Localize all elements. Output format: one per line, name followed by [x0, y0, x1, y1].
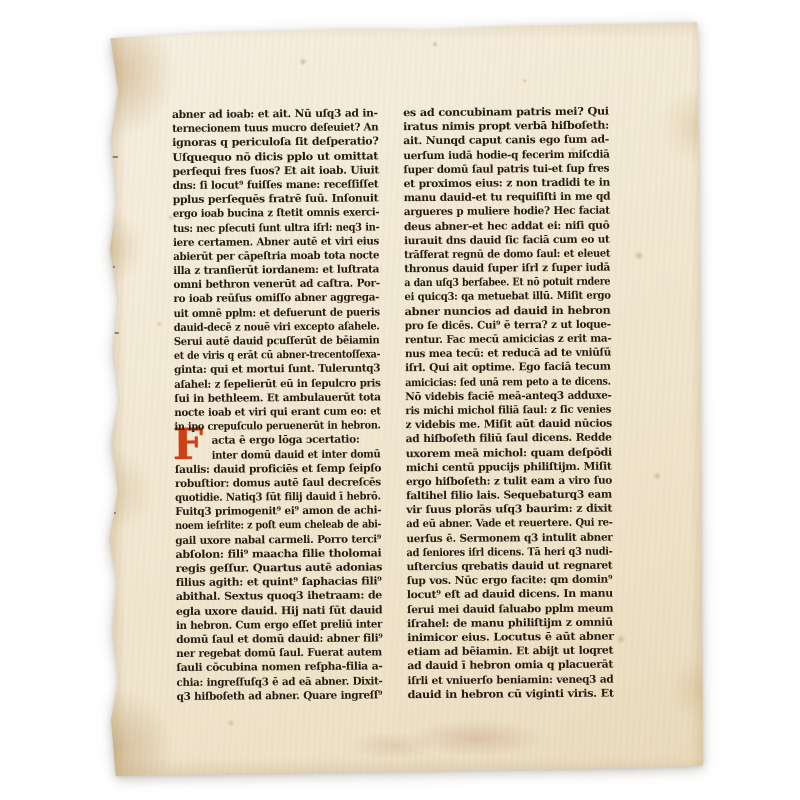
text-line: thronus dauid ſuper iſrl z ſuper iudā	[404, 261, 610, 277]
photo-backdrop: F abner ad ioab: et ait. Nū uſq3 ad in-t…	[0, 0, 800, 800]
text-line-content: inter domū dauid et inter domū	[212, 447, 381, 463]
manuscript-leaf: F abner ad ioab: et ait. Nū uſq3 ad in-t…	[105, 20, 705, 780]
text-line: inter domū dauid et inter domū	[212, 447, 381, 463]
text-line-content: dauid-decē z nouē viri excepto aſahele.	[174, 319, 380, 335]
edge-tear-mark	[105, 156, 118, 158]
text-column-left: F abner ad ioab: et ait. Nū uſq3 ad in-t…	[172, 106, 383, 708]
edge-tear-mark	[105, 662, 114, 664]
text-line-content: deus abner-et hec addat ei: niſi quō	[404, 218, 610, 234]
text-line-content: tus: nec pſecuti ſunt ultra iſrl: neq3 i…	[173, 220, 380, 236]
text-line-content: acta ē ergo lōga ɔcertatio:	[212, 433, 360, 448]
text-line: omni bethron venerūt ad caſtra. Por-	[173, 277, 379, 293]
text-line: iurauit dns dauid ſic faciā cum eo ut	[404, 232, 610, 248]
text-line: argueres p muliere hodie? Hec faciat	[404, 204, 610, 220]
text-line: illa z tranſierūt iordanem: et luſtrata	[173, 262, 379, 278]
text-line: dauid-decē z nouē viri excepto aſahele.	[174, 319, 380, 335]
text-line-content: amicicias: ſed unā rem peto a te dicens.	[405, 374, 611, 390]
text-line: manu dauid-et tu requiſiſti in me qd	[404, 190, 610, 206]
text-line-content: ro ioab reūſus omiſſo abner aggrega-	[173, 291, 379, 307]
text-line: dauid in hebron cū viginti viris. Et	[408, 686, 614, 702]
text-line: uit omnē pplm: et defuerunt de pueris	[174, 305, 380, 321]
text-line: a dan uſq3 berſabee. Et nō potuit rndere	[404, 275, 610, 291]
rubricated-initial: F	[173, 431, 209, 460]
paper-surface: F abner ad ioab: et ait. Nū uſq3 ad in-t…	[105, 20, 705, 780]
text-line: q3 hiſboſeth ad abner. Quare ingreſſ⁹	[177, 688, 383, 704]
edge-tear-mark	[105, 266, 115, 268]
text-line: iere certamen. Abner autē et viri eius	[173, 234, 379, 250]
text-line: et proximos eius: z non tradidi te in	[404, 176, 610, 192]
text-line-content: abner nuncios ad dauid in hebron	[405, 303, 611, 319]
edge-tear-mark	[105, 512, 116, 514]
text-line-content: argueres p muliere hodie? Hec faciat	[404, 204, 610, 220]
text-column-right: es ad concubinam patris mei? Quiiratus n…	[403, 105, 614, 707]
text-line-content: et proximos eius: z non tradidi te in	[404, 176, 610, 192]
printed-text-block: F abner ad ioab: et ait. Nū uſq3 ad in-t…	[172, 105, 614, 708]
text-line: trāſferat regnū de domo ſaul: et eleuet	[404, 246, 610, 262]
text-line-content: Serui autē dauid pcuſſerūt de bēiamin	[174, 333, 380, 349]
text-line-content: dauid in hebron cū viginti viris. Et	[408, 686, 614, 702]
edge-tear-mark	[105, 332, 119, 334]
text-line-content: a dan uſq3 berſabee. Et nō potuit rndere	[404, 275, 610, 291]
text-line-content: thronus dauid ſuper iſrl z ſuper iudā	[404, 261, 610, 277]
text-line-content: iſrl. Qui ait optime. Ego faciā tecum	[405, 360, 611, 376]
text-line: Serui autē dauid pcuſſerūt de bēiamin	[174, 333, 380, 349]
text-line: acta ē ergo lōga ɔcertatio:	[212, 433, 381, 449]
text-line-content: uit omnē pplm: et defuerunt de pueris	[174, 305, 380, 321]
text-line-content: abierūt per cāpeſtria moab tota nocte	[173, 248, 379, 264]
text-line-content: q3 hiſboſeth ad abner. Quare ingreſſ⁹	[177, 688, 383, 704]
text-line-content: illa z tranſierūt iordanem: et luſtrata	[173, 262, 379, 278]
text-line-content: iurauit dns dauid ſic faciā cum eo ut	[404, 232, 610, 248]
text-line: ro ioab reūſus omiſſo abner aggrega-	[173, 291, 379, 307]
text-line: deus abner-et hec addat ei: niſi quō	[404, 218, 610, 234]
text-line: abierūt per cāpeſtria moab tota nocte	[173, 248, 379, 264]
text-line-content: trāſferat regnū de domo ſaul: et eleuet	[404, 246, 610, 262]
